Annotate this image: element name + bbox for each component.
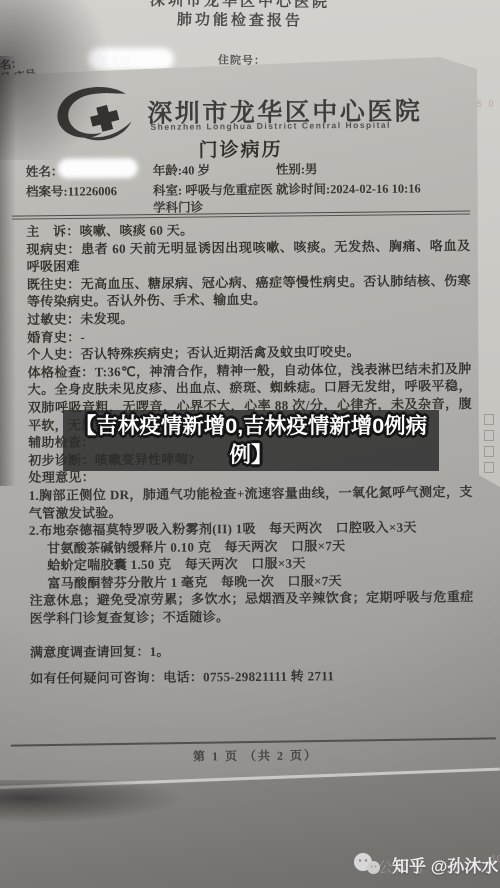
caption-line-2: 例】 bbox=[229, 441, 272, 470]
patient-age: 年龄:40 岁 bbox=[153, 162, 276, 180]
photo-medical-record: 深圳市龙华区中心医院 肺功能检查报告 王文涛 住院号： 名： 号/床号 25 0… bbox=[0, 0, 500, 888]
watermark-fragment: 16 bbox=[491, 854, 500, 865]
section-present-illness: 现病史：患者 60 天前无明显诱因出现咳嗽、咳痰。无发热、胸痛、咯血及呼吸困难 bbox=[26, 237, 470, 276]
watermark-text: 知乎 @孙沐水 bbox=[392, 852, 498, 877]
patient-department: 科室: 呼吸与危重症医学科门诊 bbox=[153, 182, 276, 217]
plan-item-dr-exam: 1.胸部正侧位 DR，肺通气功能检查+流速容量曲线，一氧化氮呼气测定，支气管激发… bbox=[29, 483, 473, 522]
survey-line: 满意度调查请回复：1。 bbox=[30, 636, 474, 666]
contact-line: 如有任何疑问可咨询：电话：0755-29821111 转 2711 bbox=[30, 662, 474, 692]
news-caption-overlay: 【吉林疫情新增0,吉林疫情新增0例病 例】 bbox=[63, 410, 439, 471]
section-past-history: 既往史：无高血压、糖尿病、冠心病、癌症等慢性病史。否认肺结核、伤寒等传染病史。否… bbox=[27, 272, 471, 311]
watermark: 公众号 知乎 @孙沐水 16 bbox=[352, 852, 382, 878]
patient-file-no: 档案号:11226006 bbox=[26, 183, 153, 218]
hospital-name-en: Shenzhen Longhua District Central Hospit… bbox=[150, 119, 450, 132]
footer-rule bbox=[11, 737, 496, 746]
redaction-patch-name bbox=[58, 158, 138, 179]
caption-line-1: 【吉林疫情新增0,吉林疫情新增0例病 bbox=[75, 412, 427, 441]
page-number: 第 1 页 （共 2 页） bbox=[193, 746, 318, 764]
plan-item-advice: 注意休息；避免受凉劳累；多饮水；忌烟酒及辛辣饮食；定期呼吸与危重症医学科门诊复查… bbox=[29, 589, 473, 628]
right-edge-form-marks bbox=[484, 414, 498, 480]
patient-gender: 性别:男 bbox=[276, 160, 478, 179]
